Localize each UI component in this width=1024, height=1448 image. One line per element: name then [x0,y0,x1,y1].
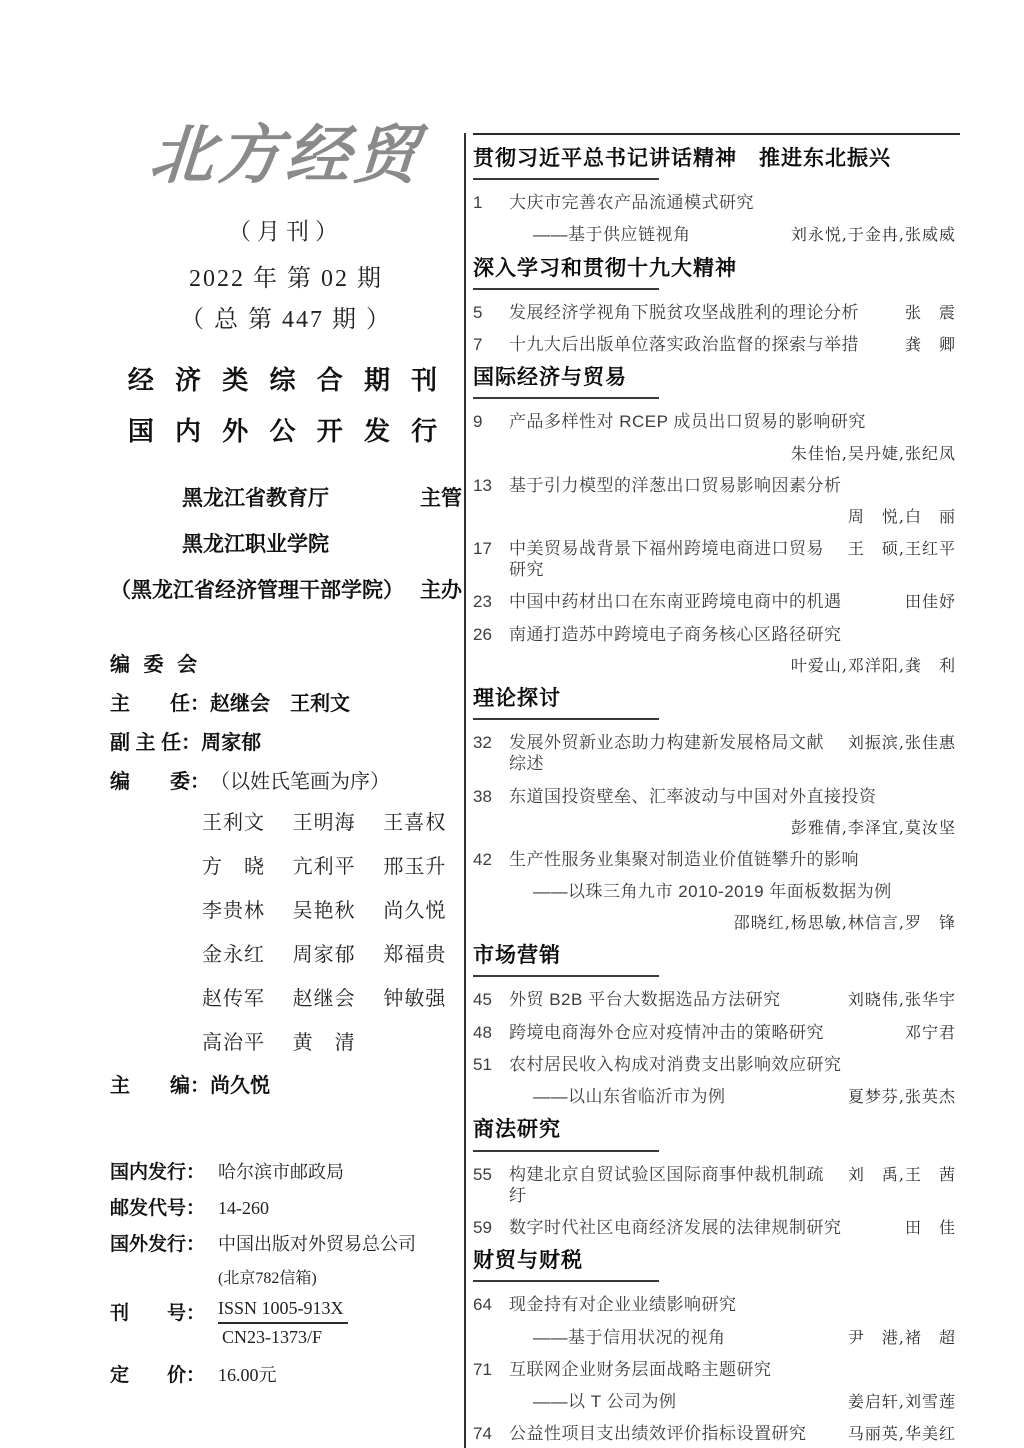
toc-page-number: 9 [473,411,509,432]
toc-section-underline [473,975,659,977]
organizer-row-2: （黑龙江省经济管理干部学院） 主办 [110,574,462,604]
toc-page-number: 26 [473,624,509,645]
issn-row: 刊 号： ISSN 1005-913X CN23-1373/F [110,1298,462,1348]
toc-authors: 龚 卿 [905,335,956,355]
row-label: 编 委： [110,765,210,794]
journal-logo: 北方经贸 [107,118,464,195]
toc-authors: 朱佳怡,吴丹婕,张纪凤 [791,444,956,464]
issn-cn-fraction: ISSN 1005-913X CN23-1373/F [218,1298,348,1348]
toc-entry-row: 55构建北京自贸试验区国际商事仲裁机制疏纡刘 禹,王 茜 [473,1164,960,1207]
toc-section-underline [473,1280,659,1282]
toc-authors: 叶爱山,邓洋阳,龚 利 [791,656,956,676]
toc-article-title: 大庆市完善农产品流通模式研究 [509,192,956,213]
toc-page-number: 74 [473,1423,509,1444]
toc-page-number: 71 [473,1359,509,1380]
toc-section-heading: 商法研究 [473,1118,960,1142]
toc-page-number: 42 [473,849,509,870]
toc-authors: 彭雅倩,李泽宜,莫汝坚 [791,818,956,838]
toc-section-underline [473,718,659,720]
organizer-role: 主办 [420,574,462,604]
toc-column: 贯彻习近平总书记讲话精神 推进东北振兴1大庆市完善农产品流通模式研究——基于供应… [464,133,960,1448]
toc-entry-row: 26南通打造苏中跨境电子商务核心区路径研究 [473,624,960,645]
editor-member-name: 赵传军 [202,982,293,1011]
editor-member-name: 金永红 [202,938,293,967]
editor-member-name: 吴艳秋 [293,894,384,923]
toc-authors-row: 邵晓红,杨思敏,林信言,罗 锋 [473,913,960,933]
toc-article-title: 构建北京自贸试验区国际商事仲裁机制疏纡 [509,1164,838,1207]
toc-page-number: 23 [473,591,509,612]
toc-section: 财贸与财税64现金持有对企业业绩影响研究——基于信用状况的视角尹 港,褚 超71… [473,1249,960,1444]
toc-subtitle-row: ——以 T 公司为例姜启轩,刘雪莲 [473,1391,960,1412]
toc-authors: 马丽英,华美红 [848,1424,956,1444]
toc-authors: 刘振滨,张佳惠 [848,733,956,753]
toc-authors: 邵晓红,杨思敏,林信言,罗 锋 [734,913,956,933]
toc-authors: 夏梦芬,张英杰 [848,1087,956,1107]
toc-entry-row: 23中国中药材出口在东南亚跨境电商中的机遇田佳妤 [473,591,960,612]
toc-article-title: 十九大后出版单位落实政治监督的探索与举措 [509,334,895,355]
toc-article-title: 中美贸易战背景下福州跨境电商进口贸易研究 [509,538,838,581]
toc-authors: 田佳妤 [905,592,956,612]
toc-page-number: 5 [473,302,509,323]
row-value: 尚久悦 [210,1069,270,1098]
row-label: 刊 号： [110,1298,218,1325]
toc-subtitle-row: ——以珠三角九市 2010-2019 年面板数据为例 [473,881,960,902]
toc-authors: 田 佳 [905,1218,956,1238]
editor-member-name: 高治平 [202,1026,293,1055]
toc-entry-row: 71互联网企业财务层面战略主题研究 [473,1359,960,1380]
editorial-row-deputy: 副 主 任： 周家郁 [110,726,462,755]
toc-section-underline [473,178,659,180]
row-value: 中国出版对外贸易总公司 [218,1230,416,1256]
toc-section-underline [473,288,659,290]
editorial-members: 王利文王明海王喜权方 晓亢利平邢玉升李贵林吴艳秋尚久悦金永红周家郁郑福贵赵传军赵… [202,806,474,1055]
frequency-label: （月刊） [110,213,462,246]
editor-member-name: 尚久悦 [383,894,474,923]
masthead-column: 北方经贸 （月刊） 2022 年 第 02 期 （ 总 第 447 期 ） 经 … [110,118,462,1098]
toc-entry-row: 5发展经济学视角下脱贫攻坚战胜利的理论分析张 震 [473,302,960,323]
toc-page-number: 48 [473,1022,509,1043]
editor-member-name: 王利文 [202,806,293,835]
postal-code-row: 邮发代号： 14-260 [110,1193,462,1220]
editorial-board-title: 编 委 会 [110,648,462,677]
toc-article-title: 现金持有对企业业绩影响研究 [509,1294,956,1315]
toc-page-number: 51 [473,1054,509,1075]
toc-section-underline [473,397,659,399]
editor-member-name: 钟敏强 [383,982,474,1011]
toc-article-title: 东道国投资壁垒、汇率波动与中国对外直接投资 [509,786,956,807]
foreign-distribution-row: 国外发行： 中国出版对外贸易总公司 [110,1229,462,1256]
toc-page-number: 45 [473,989,509,1010]
toc-page-number: 7 [473,334,509,355]
toc-entry-row: 45外贸 B2B 平台大数据选品方法研究刘晓伟,张华宇 [473,989,960,1010]
toc-article-title: 外贸 B2B 平台大数据选品方法研究 [509,989,838,1010]
editorial-row-chief: 主 编： 尚久悦 [110,1069,462,1098]
editor-member-name: 郑福贵 [383,938,474,967]
toc-entry-row: 13基于引力模型的洋葱出口贸易影响因素分析 [473,475,960,496]
toc-authors: 姜启轩,刘雪莲 [848,1392,956,1412]
toc-article-subtitle: ——基于供应链视角 [533,224,781,245]
toc-section-heading: 国际经济与贸易 [473,366,960,390]
toc-authors-row: 彭雅倩,李泽宜,莫汝坚 [473,818,960,838]
organizer-alt-name: （黑龙江省经济管理干部学院） [110,574,404,604]
toc-subtitle-row: ——以山东省临沂市为例夏梦芬,张英杰 [473,1086,960,1107]
circulation-statement: 国 内 外 公 开 发 行 [110,411,462,448]
toc-page-number: 1 [473,192,509,213]
toc-article-title: 基于引力模型的洋葱出口贸易影响因素分析 [509,475,956,496]
row-value: 赵继会 王利文 [210,687,350,716]
publication-info: 国内发行： 哈尔滨市邮政局 邮发代号： 14-260 国外发行： 中国出版对外贸… [110,1148,462,1387]
toc-subtitle-row: ——基于供应链视角刘永悦,于金冉,张威威 [473,224,960,245]
toc-article-subtitle: ——以山东省临沂市为例 [533,1086,838,1107]
toc-article-title: 跨境电商海外仓应对疫情冲击的策略研究 [509,1022,895,1043]
toc-article-title: 生产性服务业集聚对制造业价值链攀升的影响 [509,849,956,870]
editorial-board: 编 委 会 主 任： 赵继会 王利文 副 主 任： 周家郁 编 委： （以姓氏笔… [110,648,462,1098]
editor-member-name: 王明海 [293,806,384,835]
row-label: 邮发代号： [110,1193,218,1220]
supervisor-role: 主管 [420,482,462,512]
toc-article-title: 数字时代社区电商经济发展的法律规制研究 [509,1217,895,1238]
issn-number: ISSN 1005-913X [218,1298,348,1324]
toc-entry-row: 32发展外贸新业态助力构建新发展格局文献综述刘振滨,张佳惠 [473,732,960,775]
toc-section: 理论探讨32发展外贸新业态助力构建新发展格局文献综述刘振滨,张佳惠38东道国投资… [473,687,960,933]
domestic-distribution-row: 国内发行： 哈尔滨市邮政局 [110,1157,462,1184]
toc-authors: 刘 禹,王 茜 [848,1165,956,1185]
row-label: 主 任： [110,687,210,716]
toc-article-title: 发展外贸新业态助力构建新发展格局文献综述 [509,732,838,775]
toc-article-title: 农村居民收入构成对消费支出影响效应研究 [509,1054,956,1075]
toc-authors-row: 叶爱山,邓洋阳,龚 利 [473,656,960,676]
toc-article-title: 中国中药材出口在东南亚跨境电商中的机遇 [509,591,895,612]
row-label: 国外发行： [110,1229,218,1256]
toc-authors-row: 朱佳怡,吴丹婕,张纪凤 [473,444,960,464]
toc-article-title: 公益性项目支出绩效评价指标设置研究 [509,1423,838,1444]
toc-authors: 刘永悦,于金冉,张威威 [791,225,956,245]
issue-total: （ 总 第 447 期 ） [110,299,462,334]
toc-section-heading: 财贸与财税 [473,1249,960,1273]
toc-entry-row: 64现金持有对企业业绩影响研究 [473,1294,960,1315]
row-value: （以姓氏笔画为序） [210,765,390,794]
toc-page-number: 17 [473,538,509,559]
toc: 贯彻习近平总书记讲话精神 推进东北振兴1大庆市完善农产品流通模式研究——基于供应… [473,147,960,1445]
toc-section: 国际经济与贸易9产品多样性对 RCEP 成员出口贸易的影响研究朱佳怡,吴丹婕,张… [473,366,960,676]
toc-entry-row: 7十九大后出版单位落实政治监督的探索与举措龚 卿 [473,334,960,355]
journal-toc-page: 北方经贸 （月刊） 2022 年 第 02 期 （ 总 第 447 期 ） 经 … [0,0,1024,1448]
toc-authors: 周 悦,白 丽 [848,507,956,527]
toc-article-title: 互联网企业财务层面战略主题研究 [509,1359,956,1380]
toc-section-heading: 市场营销 [473,944,960,968]
toc-section-heading: 贯彻习近平总书记讲话精神 推进东北振兴 [473,147,960,171]
toc-entry-row: 42生产性服务业集聚对制造业价值链攀升的影响 [473,849,960,870]
editorial-row-director: 主 任： 赵继会 王利文 [110,687,462,716]
toc-page-number: 55 [473,1164,509,1185]
issue-number: 2022 年 第 02 期 [110,258,462,293]
toc-authors: 张 震 [905,303,956,323]
price-value: 16.00元 [218,1361,277,1387]
toc-page-number: 64 [473,1294,509,1315]
editor-member-name: 王喜权 [383,806,474,835]
editor-member-name [383,1026,474,1055]
toc-section-underline [473,1150,659,1152]
toc-article-title: 发展经济学视角下脱贫攻坚战胜利的理论分析 [509,302,895,323]
toc-article-subtitle: ——以 T 公司为例 [533,1391,838,1412]
toc-entry-row: 9产品多样性对 RCEP 成员出口贸易的影响研究 [473,411,960,432]
editor-member-name: 黄 清 [293,1026,384,1055]
editor-member-name: 方 晓 [202,850,293,879]
foreign-distribution-address-row: (北京782信箱) [110,1265,462,1288]
toc-subtitle-row: ——基于信用状况的视角尹 港,褚 超 [473,1327,960,1348]
editor-member-name: 邢玉升 [383,850,474,879]
row-label: 定 价： [110,1360,218,1387]
editor-member-name: 周家郁 [293,938,384,967]
toc-authors: 尹 港,褚 超 [848,1328,956,1348]
journal-category: 经 济 类 综 合 期 刊 [110,360,462,397]
toc-article-title: 南通打造苏中跨境电子商务核心区路径研究 [509,624,956,645]
row-value: 周家郁 [201,726,261,755]
toc-authors: 刘晓伟,张华宇 [848,990,956,1010]
toc-entry-row: 59数字时代社区电商经济发展的法律规制研究田 佳 [473,1217,960,1238]
toc-article-subtitle: ——基于信用状况的视角 [533,1327,838,1348]
editor-member-name: 赵继会 [293,982,384,1011]
toc-section-heading: 深入学习和贯彻十九大精神 [473,257,960,281]
toc-page-number: 38 [473,786,509,807]
toc-top-rule [473,133,960,135]
toc-section: 市场营销45外贸 B2B 平台大数据选品方法研究刘晓伟,张华宇48跨境电商海外仓… [473,944,960,1107]
toc-entry-row: 51农村居民收入构成对消费支出影响效应研究 [473,1054,960,1075]
toc-section: 贯彻习近平总书记讲话精神 推进东北振兴1大庆市完善农产品流通模式研究——基于供应… [473,147,960,246]
toc-authors: 王 硕,王红平 [848,539,956,559]
toc-article-subtitle: ——以珠三角九市 2010-2019 年面板数据为例 [533,881,956,902]
row-label: 主 编： [110,1069,210,1098]
editor-member-name: 亢利平 [293,850,384,879]
toc-section: 商法研究55构建北京自贸试验区国际商事仲裁机制疏纡刘 禹,王 茜59数字时代社区… [473,1118,960,1238]
toc-page-number: 13 [473,475,509,496]
row-value: 14-260 [218,1198,269,1219]
row-value: 哈尔滨市邮政局 [218,1158,344,1184]
row-label: 国内发行： [110,1157,218,1184]
toc-entry-row: 48跨境电商海外仓应对疫情冲击的策略研究邓宁君 [473,1022,960,1043]
toc-page-number: 32 [473,732,509,753]
price-row: 定 价： 16.00元 [110,1360,462,1387]
toc-article-title: 产品多样性对 RCEP 成员出口贸易的影响研究 [509,411,956,432]
toc-entry-row: 17中美贸易战背景下福州跨境电商进口贸易研究王 硕,王红平 [473,538,960,581]
toc-page-number: 59 [473,1217,509,1238]
toc-section-heading: 理论探讨 [473,687,960,711]
editor-member-name: 李贵林 [202,894,293,923]
toc-section: 深入学习和贯彻十九大精神5发展经济学视角下脱贫攻坚战胜利的理论分析张 震7十九大… [473,257,960,356]
toc-entry-row: 74公益性项目支出绩效评价指标设置研究马丽英,华美红 [473,1423,960,1444]
organizer-row-1: 黑龙江职业学院 [110,528,462,558]
toc-entry-row: 38东道国投资壁垒、汇率波动与中国对外直接投资 [473,786,960,807]
supervisor-name: 黑龙江省教育厅 [110,482,329,512]
supervisor-row: 黑龙江省教育厅 主管 [110,482,462,512]
row-value: (北京782信箱) [218,1265,317,1288]
toc-authors-row: 周 悦,白 丽 [473,507,960,527]
organizer-block: 黑龙江省教育厅 主管 黑龙江职业学院 （黑龙江省经济管理干部学院） 主办 [110,482,462,604]
cn-number: CN23-1373/F [218,1324,348,1348]
editorial-row-members-label: 编 委： （以姓氏笔画为序） [110,765,462,794]
toc-authors: 邓宁君 [905,1023,956,1043]
organizer-name: 黑龙江职业学院 [110,528,329,558]
row-label: 副 主 任： [110,726,201,755]
toc-entry-row: 1大庆市完善农产品流通模式研究 [473,192,960,213]
